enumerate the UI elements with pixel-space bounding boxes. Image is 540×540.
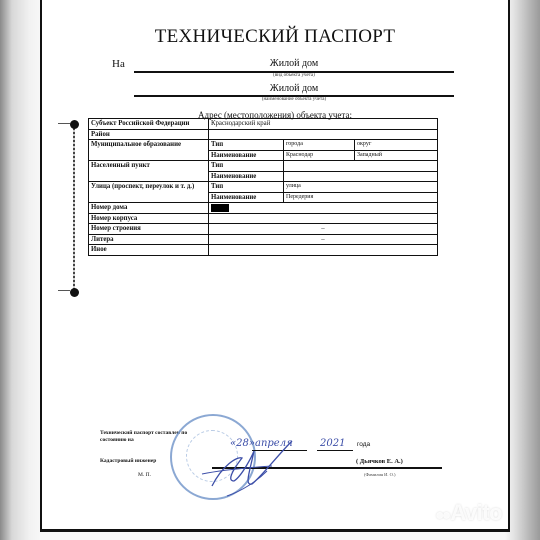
street-type-value: улица bbox=[284, 182, 438, 193]
engineer-caption: (Фамилия И. О.) bbox=[364, 472, 396, 477]
avito-watermark: ●●Avito bbox=[435, 500, 502, 526]
object-name-caption: (наименование объекта учета) bbox=[134, 97, 454, 102]
binding-thread bbox=[73, 124, 75, 292]
date-suffix: года bbox=[357, 441, 370, 448]
table-row: Номер дома bbox=[89, 203, 438, 214]
subject-label: Субъект Российской Федерации bbox=[89, 119, 209, 130]
street-name-label: Наименование bbox=[209, 192, 284, 203]
object-name-value: Жилой дом bbox=[134, 83, 454, 94]
signature bbox=[182, 436, 302, 506]
municipal-type-value-2: округ bbox=[355, 140, 438, 151]
settlement-label: Населенный пункт bbox=[89, 161, 209, 182]
date-year-line bbox=[317, 450, 353, 451]
object-type-value: Жилой дом bbox=[134, 58, 454, 69]
engineer-label: Кадастровый инженер bbox=[100, 458, 156, 464]
settlement-name-value bbox=[284, 171, 438, 182]
thread-tail-top bbox=[58, 123, 70, 124]
subject-value: Краснодарский край bbox=[209, 119, 438, 130]
settlement-name-label: Наименование bbox=[209, 171, 284, 182]
settlement-type-value bbox=[284, 161, 438, 172]
address-table: Субъект Российской Федерации Краснодарск… bbox=[88, 118, 438, 256]
na-label: На bbox=[112, 58, 125, 70]
table-row: Номер корпуса bbox=[89, 213, 438, 224]
table-row: Иное bbox=[89, 245, 438, 256]
municipal-label: Муниципальное образование bbox=[89, 140, 209, 161]
street-name-value: Передерия bbox=[284, 192, 438, 203]
building-label: Номер корпуса bbox=[89, 213, 209, 224]
street-type-label: Тип bbox=[209, 182, 284, 193]
avito-brand-text: Avito bbox=[450, 500, 502, 525]
engineer-name: ( Дьячков Е. А.) bbox=[356, 458, 403, 465]
litera-label: Литера bbox=[89, 234, 209, 245]
redaction-block bbox=[211, 204, 229, 212]
municipal-name-label: Наименование bbox=[209, 150, 284, 161]
table-row: Литера – bbox=[89, 234, 438, 245]
building-value bbox=[209, 213, 438, 224]
object-type-caption: (вид объекта учета) bbox=[134, 73, 454, 78]
table-row: Муниципальное образование Тип города окр… bbox=[89, 140, 438, 151]
municipal-type-value-1: города bbox=[284, 140, 355, 151]
date-year: 2021 bbox=[320, 438, 345, 449]
structure-label: Номер строения bbox=[89, 224, 209, 235]
table-row: Населенный пункт Тип bbox=[89, 161, 438, 172]
municipal-name-value-2: Западный bbox=[355, 150, 438, 161]
municipal-type-label: Тип bbox=[209, 140, 284, 151]
document-title: ТЕХНИЧЕСКИЙ ПАСПОРТ bbox=[42, 26, 508, 48]
litera-value: – bbox=[209, 234, 438, 245]
table-row: Улица (проспект, переулок и т. д.) Тип у… bbox=[89, 182, 438, 193]
house-label: Номер дома bbox=[89, 203, 209, 214]
passport-page: ТЕХНИЧЕСКИЙ ПАСПОРТ На Жилой дом (вид об… bbox=[40, 0, 510, 532]
district-value bbox=[209, 129, 438, 140]
binding-knot-bottom bbox=[70, 288, 79, 297]
municipal-name-value-1: Краснодар bbox=[284, 150, 355, 161]
other-value bbox=[209, 245, 438, 256]
avito-logo-icon: ●● bbox=[435, 507, 448, 524]
table-row: Номер строения – bbox=[89, 224, 438, 235]
binding-knot-top bbox=[70, 120, 79, 129]
district-label: Район bbox=[89, 129, 209, 140]
settlement-type-label: Тип bbox=[209, 161, 284, 172]
thread-tail-bottom bbox=[58, 290, 70, 291]
table-row: Субъект Российской Федерации Краснодарск… bbox=[89, 119, 438, 130]
other-label: Иное bbox=[89, 245, 209, 256]
table-row: Район bbox=[89, 129, 438, 140]
street-label: Улица (проспект, переулок и т. д.) bbox=[89, 182, 209, 203]
structure-value: – bbox=[209, 224, 438, 235]
stamp-label: М. П. bbox=[138, 472, 151, 478]
house-value bbox=[209, 203, 438, 214]
